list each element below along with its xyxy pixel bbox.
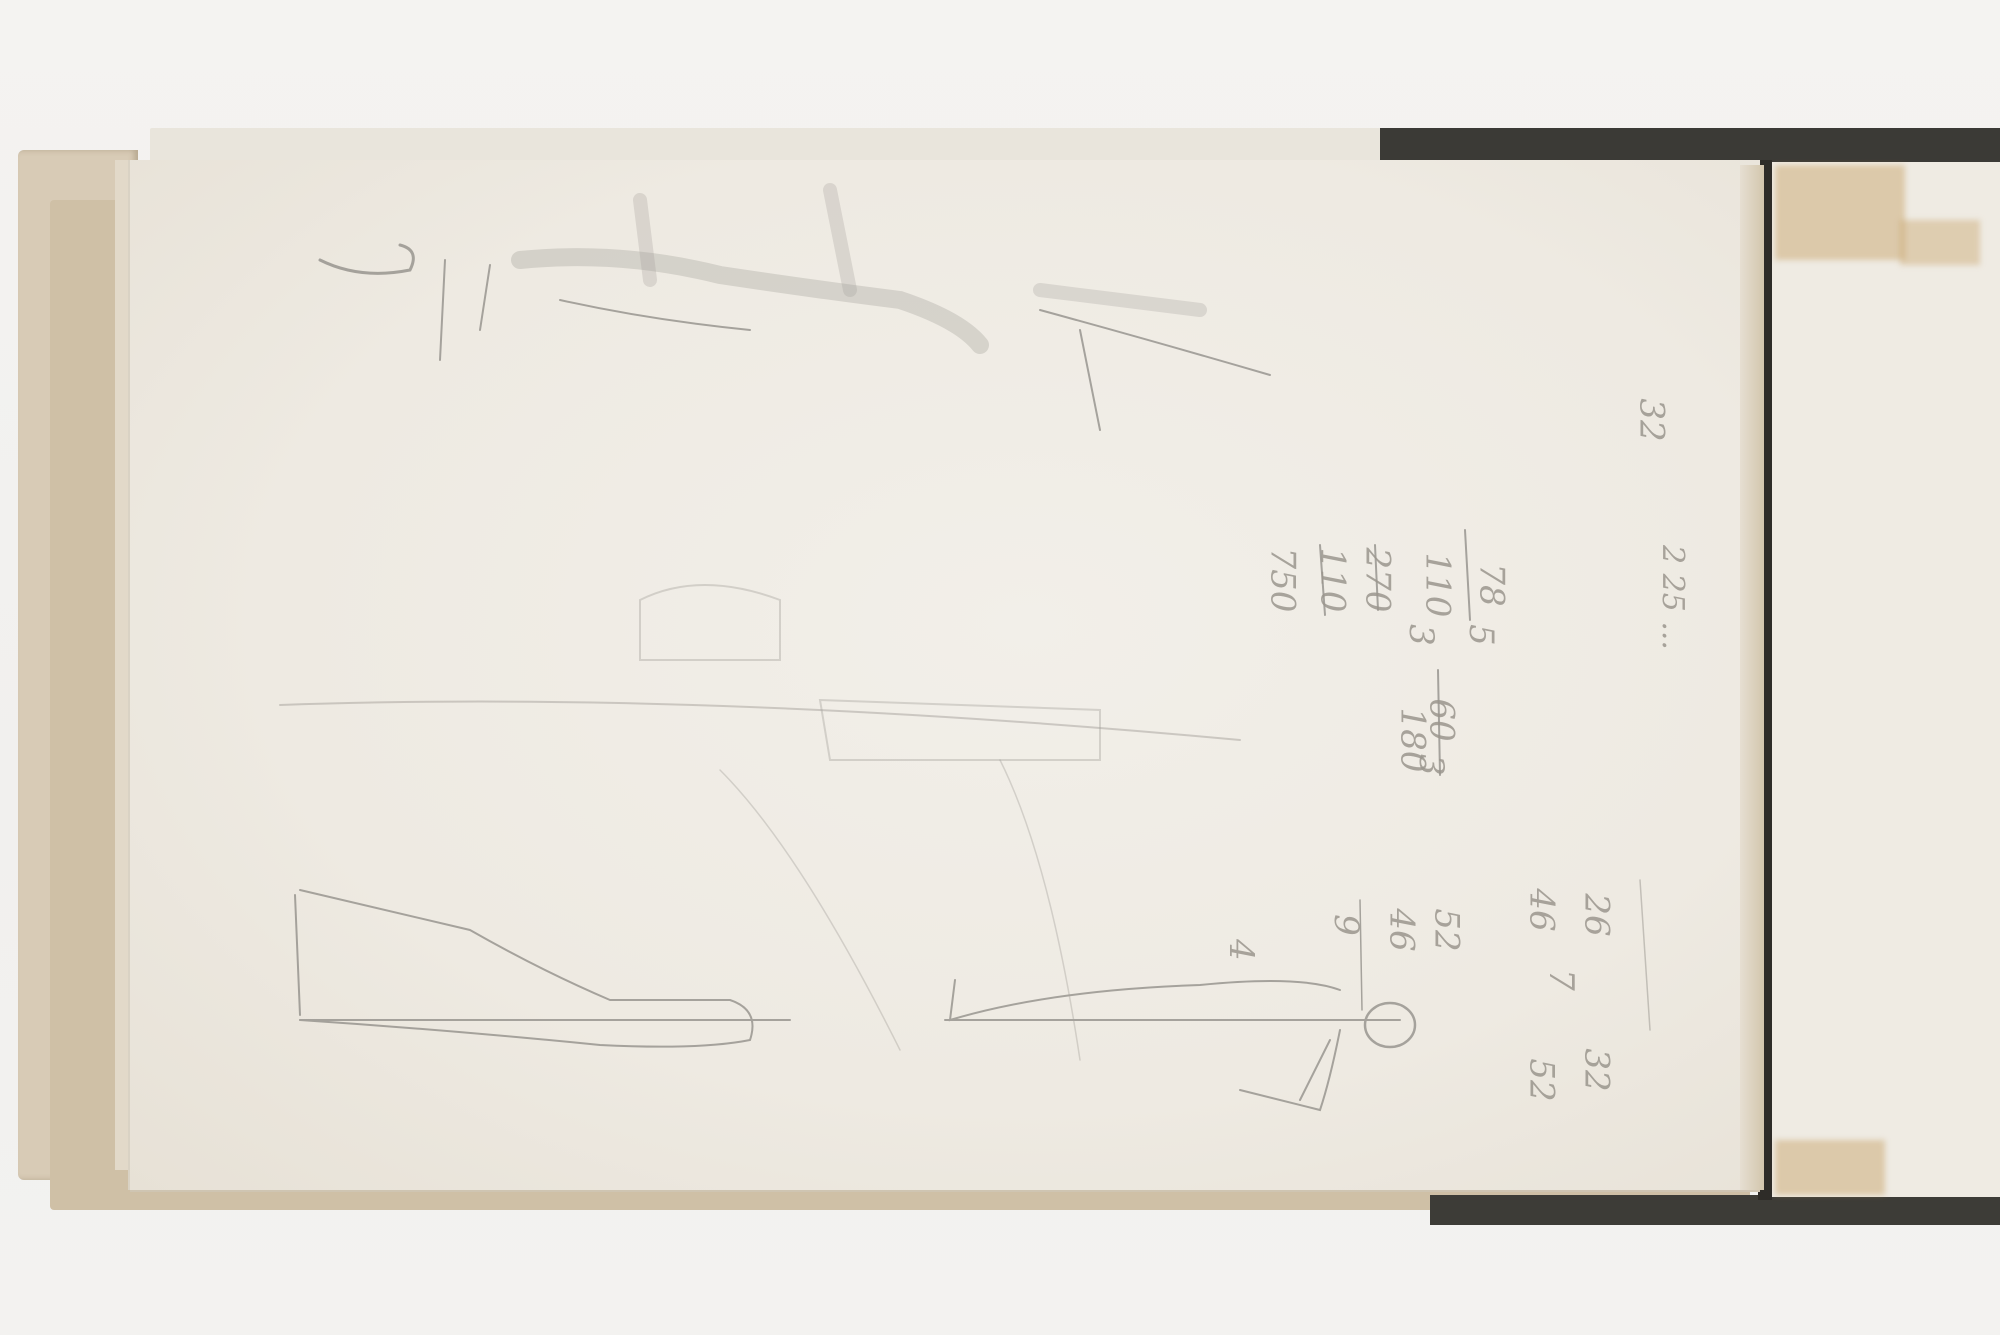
numeral: 78 [1472,563,1512,606]
numeral: 110 [1417,553,1457,618]
numeral: 46 [1382,908,1422,951]
numeral: 750 [1262,548,1302,613]
numeral: 5 [1461,624,1501,646]
numeral: 32 [1632,398,1672,441]
numeral: 4 [1221,939,1261,961]
numeral: 3 [1401,624,1441,646]
numeral: 52 [1522,1058,1562,1101]
inscription: 2 25 ... [1655,545,1690,650]
numeral: 7 [1541,969,1581,991]
numeral: 9 [1326,914,1366,936]
numeral: 52 [1427,908,1467,951]
numeral: 110 [1312,548,1352,613]
numeral: 270 [1357,548,1397,613]
numeral: 26 [1577,893,1617,936]
numeral: 32 [1577,1048,1617,1091]
pencil-sketch-layer [0,0,2000,1335]
numeral: 46 [1522,888,1562,931]
numeral: 180 [1392,708,1432,773]
